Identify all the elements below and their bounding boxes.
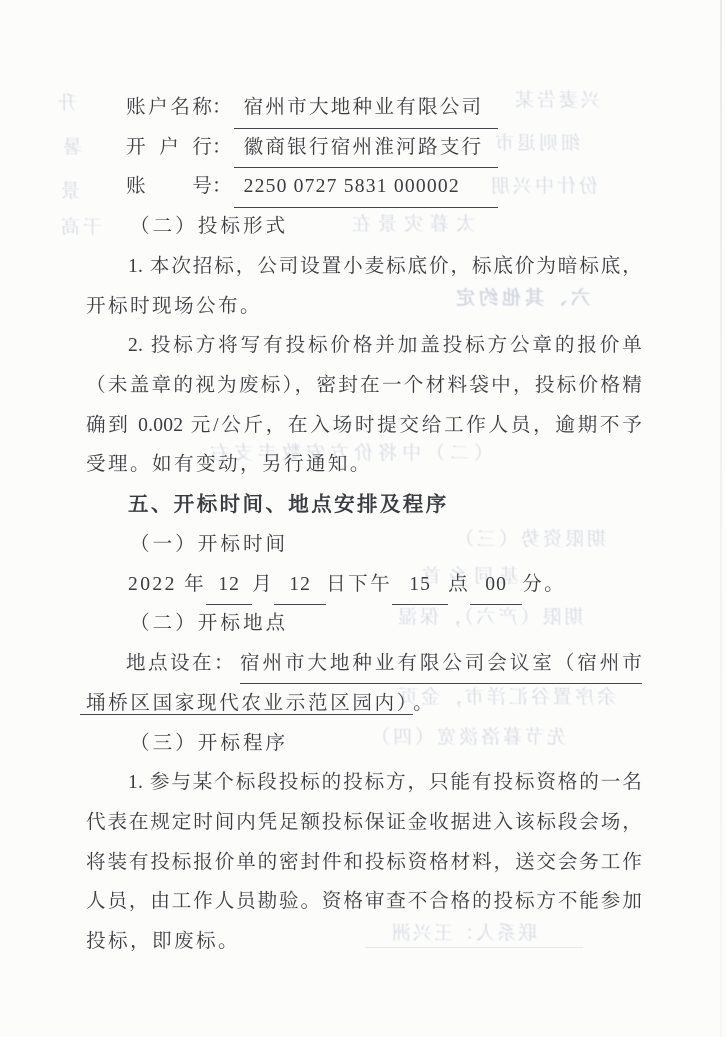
bid-form-paragraph-line: （未盖章的视为废标），密封在一个材料袋中，投标价格精 [86, 366, 642, 406]
account-name-value: 宿州市大地种业有限公司 [234, 88, 498, 129]
bid-form-paragraph-line: 受理。如有变动，另行通知。 [86, 445, 642, 485]
sentence-end: 。 [413, 693, 433, 714]
bank-label: 开户行 [126, 128, 212, 168]
place-value-continued: 埇桥区国家现代农业示范区园内） [80, 693, 413, 715]
bank-row: 开户行：徽商银行宿州淮河路支行 [86, 128, 642, 168]
bid-form-paragraph-line: 开标时现场公布。 [86, 287, 642, 327]
label-colon: ： [212, 176, 232, 197]
bleedthrough-text: 升 [55, 88, 77, 115]
procedure-paragraph-line: 将装有投标报价单的密封件和投标资格材料，送交会务工作 [86, 843, 642, 883]
time-hour-value: 15 [392, 565, 448, 606]
document-body: 账户名称：宿州市大地种业有限公司 开户行：徽商银行宿州淮河路支行 账号：2250… [86, 88, 642, 962]
opening-section-heading: 五、开标时间、地点安排及程序 [86, 485, 642, 525]
date-year: 2022 年 [128, 574, 206, 595]
time-minute-label: 分。 [522, 574, 566, 595]
bleedthrough-text: 暑 [60, 132, 82, 159]
scan-edge-artifact [720, 0, 722, 1037]
date-day-label: 日下午 [326, 574, 392, 595]
date-day-value: 12 [274, 565, 326, 606]
date-month-value: 12 [206, 565, 252, 606]
bleedthrough-text: 景 [58, 176, 80, 203]
label-colon: ： [212, 137, 232, 158]
place-label: 地点设在： [126, 644, 236, 684]
account-name-row: 账户名称：宿州市大地种业有限公司 [86, 88, 642, 128]
time-minute-value: 00 [470, 565, 522, 606]
bank-value: 徽商银行宿州淮河路支行 [234, 128, 498, 169]
account-name-label: 账户名称 [126, 88, 212, 128]
label-colon: ： [212, 97, 232, 118]
bid-form-paragraph-line: 确到 0.002 元/公斤，在入场时提交给工作人员，逾期不予 [86, 406, 642, 446]
time-hour-label: 点 [448, 574, 470, 595]
scanned-document-page: 升 暑 景 干高 兴妻告某 细则退市 份什中兴朋 太暮灾景在 六、其他约定 （二… [0, 0, 726, 1037]
opening-procedure-heading: （三）开标程序 [86, 724, 642, 764]
opening-date-line: 2022 年12月12日下午15点00分。 [86, 565, 642, 605]
account-number-value: 2250 0727 5831 000002 [234, 167, 498, 208]
bid-form-heading: （二）投标形式 [86, 207, 642, 247]
procedure-paragraph-line: 人员，由工作人员勘验。资格审查不合格的投标方不能参加 [86, 882, 642, 922]
bid-form-paragraph-line: 2. 投标方将写有投标价格并加盖投标方公章的报价单 [86, 326, 642, 366]
procedure-paragraph-line: 代表在规定时间内凭足额投标保证金收据进入该标段会场， [86, 803, 642, 843]
place-value: 宿州市大地种业有限公司会议室（宿州市 [240, 644, 642, 684]
opening-time-heading: （一）开标时间 [86, 525, 642, 565]
date-month-label: 月 [252, 574, 274, 595]
procedure-paragraph-line: 1. 参与某个标段投标的投标方，只能有投标资格的一名 [86, 763, 642, 803]
opening-place-line: 地点设在：宿州市大地种业有限公司会议室（宿州市 [86, 644, 642, 684]
opening-place-line: 埇桥区国家现代农业示范区园内）。 [86, 684, 642, 724]
procedure-paragraph-line: 投标，即废标。 [86, 922, 642, 962]
account-number-label: 账号 [126, 167, 212, 207]
bid-form-paragraph-line: 1. 本次招标，公司设置小麦标底价，标底价为暗标底， [86, 247, 642, 287]
account-number-row: 账号：2250 0727 5831 000002 [86, 167, 642, 207]
opening-place-heading: （二）开标地点 [86, 604, 642, 644]
